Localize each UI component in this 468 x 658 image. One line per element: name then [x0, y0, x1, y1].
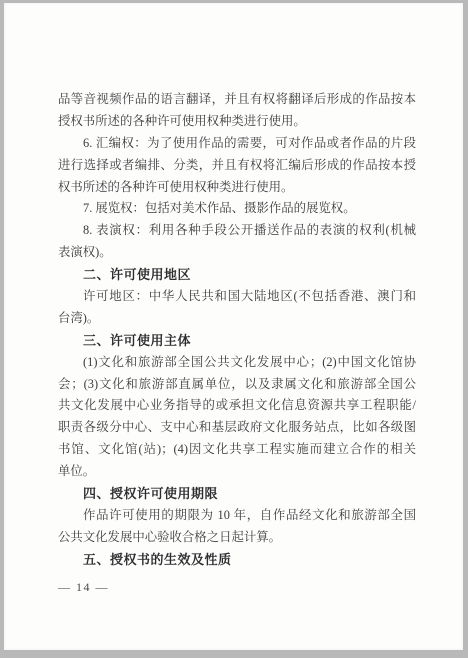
- section-heading: 三、许可使用主体: [58, 330, 416, 352]
- text-line: 权书所述的各种许可使用权种类进行使用。: [58, 177, 416, 199]
- text-line: 许可地区：中华人民共和国大陆地区(不包括香港、澳门和: [58, 286, 416, 308]
- text-block: 品等音视频作品的语言翻译，并且有权将翻译后形成的作品按本授权书所述的各种许可使用…: [58, 89, 416, 571]
- text-line: 职责各级分中心、支中心和基层政府文化服务站点，比如各级图: [58, 417, 416, 439]
- text-line: 进行选择或者编排、分类，并且有权将汇编后形成的作品按本授: [58, 155, 416, 177]
- text-line: 6. 汇编权：为了使用作品的需要，可对作品或者作品的片段: [58, 133, 416, 155]
- text-line: 书馆、文化馆(站)；(4)因文化共享工程实施而建立合作的相关: [58, 439, 416, 461]
- text-line: 共文化发展中心业务指导的或承担文化信息资源共享工程职能/: [58, 395, 416, 417]
- text-line: 表演权)。: [58, 242, 416, 264]
- text-line: 8. 表演权：利用各种手段公开播送作品的表演的权利(机械: [58, 220, 416, 242]
- text-line: 7. 展览权：包括对美术作品、摄影作品的展览权。: [58, 198, 416, 220]
- text-line: 品等音视频作品的语言翻译，并且有权将翻译后形成的作品按本: [58, 89, 416, 111]
- document-page: 品等音视频作品的语言翻译，并且有权将翻译后形成的作品按本授权书所述的各种许可使用…: [4, 3, 463, 650]
- scanned-document-screenshot: { "document": { "lines": [ {"text": "品等音…: [0, 0, 468, 658]
- page-number: — 14 —: [58, 580, 109, 594]
- section-heading: 四、授权许可使用期限: [58, 483, 416, 505]
- section-heading: 五、授权书的生效及性质: [58, 549, 416, 571]
- text-line: 会；(3)文化和旅游部直属单位，以及隶属文化和旅游部全国公: [58, 374, 416, 396]
- text-line: 授权书所述的各种许可使用权种类进行使用。: [58, 111, 416, 133]
- text-line: 作品许可使用的期限为 10 年，自作品经文化和旅游部全国: [58, 505, 416, 527]
- section-heading: 二、许可使用地区: [58, 264, 416, 286]
- text-line: 台湾)。: [58, 308, 416, 330]
- text-line: (1)文化和旅游部全国公共文化发展中心；(2)中国文化馆协: [58, 352, 416, 374]
- text-line: 公共文化发展中心验收合格之日起计算。: [58, 527, 416, 549]
- text-line: 单位。: [58, 461, 416, 483]
